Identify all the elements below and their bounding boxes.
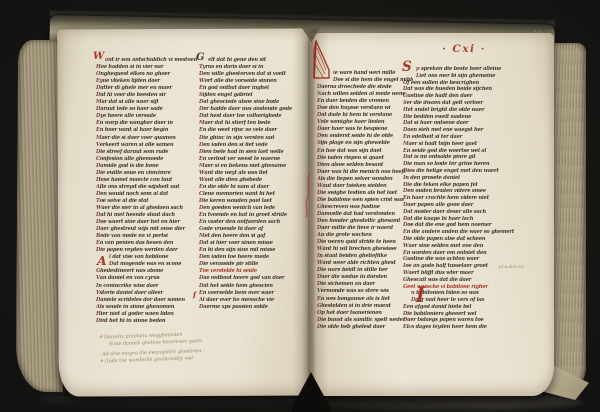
text-line: Dat moder daer deser alle sach — [403, 209, 529, 216]
text-line: En worden daer om ontsiet den — [403, 250, 529, 257]
text-line: Datter di ghele mer en maer — [96, 85, 202, 92]
text-line: Eyne vlieken lijden daer — [96, 78, 202, 85]
text-line: Dat hest daer toe volherighede — [199, 113, 311, 120]
text-line: En die andere anden die waer so ghemert — [403, 229, 529, 236]
text-line: En voerselde hem over waer — [199, 290, 311, 297]
text-line: Ser die dwaen dat gelt verloer — [403, 100, 529, 107]
text-line: Ghescreven was fustine — [317, 204, 413, 211]
rubricated-initial-s: S — [402, 61, 412, 75]
text-line: Die ghinc in sijn versten uut — [199, 135, 311, 142]
text-line: Gustine die hadt den daer — [403, 93, 529, 100]
column-text-block: ie ware hand weri milleDoe si die hem di… — [317, 70, 413, 331]
rubricated-initial-a: A — [97, 255, 107, 268]
text-line: In conincrike wise daer — [96, 283, 202, 290]
column-text-block: ant ir sou antschuldich vi mestoenHoe ha… — [96, 57, 202, 254]
text-line: Confesion alle ghemoede — [96, 156, 202, 163]
text-line: Want die weyt als was liet — [199, 170, 311, 177]
text-line: Den bonder ghestellic ghesamt — [317, 218, 413, 225]
text-line: Waert blijft dus wter maer — [403, 270, 529, 277]
text-line: l dat vise van babilone — [96, 254, 202, 261]
text-line: ant ir sou antschuldich vi mestoen — [96, 57, 202, 64]
text-line: Die weren quid stride te heen — [317, 239, 413, 246]
text-line: Alle ons streyst die wijsheit uut — [96, 184, 202, 191]
text-line: En die weet rijnc so vele daer — [199, 127, 311, 134]
text-line: Den onderst seide hi de olde — [317, 133, 413, 140]
text-line: Gode vruende hi daer af — [199, 226, 311, 233]
text-line: Nach willen selden al mede wene — [317, 91, 413, 98]
text-line: Daer papen alle gone daer — [403, 202, 529, 209]
text-line: Den wauid noch som al dat — [96, 191, 202, 198]
text-line: Ystorie daniel daer alleer — [96, 290, 202, 297]
text-line: Dat si hier voer sinen misse — [199, 240, 311, 247]
text-line: Toe selve al die stat — [96, 198, 202, 205]
text-line: Onghequest elken no ghoer — [96, 71, 202, 78]
text-line: Dae ontboot heere god van daer — [199, 275, 311, 282]
text-line: Daniele scrideles dor daer samen — [96, 297, 202, 304]
text-line: p spreken die beste heer alleine — [403, 66, 529, 73]
text-line: En van penien das besen den — [96, 240, 202, 247]
text-line: En seide god die woertse wel al — [403, 148, 529, 155]
text-line: Sijden engel gabriel — [199, 92, 311, 99]
text-line: Vermonde was so stere wis — [317, 288, 413, 295]
text-line: Mar dat si alle waer sijt — [96, 99, 202, 106]
column-text-block: l dat vise van babiloneDat mogende was e… — [96, 254, 202, 324]
text-line: Bede van mede en vi pertsi — [96, 233, 202, 240]
text-line: Die iaden riepen si quaet — [317, 155, 413, 162]
text-line: Want weer alde richten ghest — [317, 260, 413, 267]
text-line: En hi den sijn sine mil misse — [199, 247, 311, 254]
text-line: Die swighe testien als het laet — [317, 190, 413, 197]
text-line: Als soude in sinne ghenomen — [96, 304, 202, 311]
text-line: Daer was hi die menich ons heeft — [317, 169, 413, 176]
text-line: Al daer over ho mensche vie — [199, 297, 311, 304]
text-line: Doe den huysse verstaen wi — [317, 105, 413, 112]
text-line: Want alle dien ghebede — [199, 177, 311, 184]
text-line: Ghedestineert was abone — [96, 268, 202, 275]
text-line: Gustine die was achten waer — [403, 256, 529, 263]
text-line: Daer ghestreut wijs mit onse dier — [96, 226, 202, 233]
column-text-block: Dae ontboot heere god van daerDat het se… — [199, 275, 311, 310]
text-line: Waer die sier in al ghedaen sach — [96, 205, 202, 212]
text-line: Het andel bright die olde waer — [403, 107, 529, 114]
text-line: En hoer want al haer begin — [96, 127, 202, 134]
text-line: Den iaden toe heere mede — [199, 254, 311, 261]
text-line: En verlost ver weest te waerne — [199, 156, 311, 163]
text-line: In staat beiden ghelieflike — [317, 253, 413, 260]
text-line: Dien alsoe selden besant — [317, 162, 413, 169]
text-line: Maer die si daer voer quamen — [96, 135, 202, 142]
text-line: En vaster den ontfaerden sach — [199, 219, 311, 226]
text-line: Den ouden braden videre smee — [403, 188, 529, 195]
right-fore-edge — [549, 43, 586, 393]
text-line: Maer si hadt tsijn heer gaet — [403, 141, 529, 148]
text-line: Die papen reyden werden daer — [96, 247, 202, 254]
column-text-block: elt dat hi gene den sitTyrus en daris da… — [199, 57, 311, 268]
text-line: Den iaden den si liet vede — [199, 142, 311, 149]
chapter-heading: · Cxi · — [402, 43, 526, 55]
right-page-column-1: ie ware hand weri milleDoe si die hem di… — [317, 70, 413, 331]
text-line: Die verasside pir stille — [199, 261, 311, 268]
text-line: Als die liepen selver wonden — [317, 176, 413, 183]
table-surface-right — [320, 394, 582, 410]
text-line: En hoe dat was sijn daet — [317, 148, 413, 155]
text-line: Doe waert sine daer het en hier — [96, 219, 202, 226]
text-line: Maer si en bekens niet ghename — [199, 163, 311, 170]
text-line: Vele wonighe haer lieden — [317, 119, 413, 126]
text-line: Hoe hadden si in vier nar — [96, 64, 202, 71]
text-line: Hier niet al goder waen liden — [96, 311, 202, 318]
text-line: Der hadde daer uus anstende gode — [199, 106, 311, 113]
text-line: Daerme xps passien solde — [199, 304, 311, 311]
text-line: Dat hi met heende sluut dach — [96, 212, 202, 219]
text-line: Verkeert waren si alle samen — [96, 142, 202, 149]
text-line: Dat mogende was en scone — [96, 261, 202, 268]
rubric-text-line: Toe verstelde hi seide — [199, 268, 311, 275]
text-line: En haer crachte hem videre niet — [403, 195, 529, 202]
text-line: Dat hi voer die beesten sir — [96, 92, 202, 99]
text-line: Den goeden wenich van lede — [199, 205, 311, 212]
rubricated-initial-w: W — [93, 52, 104, 62]
manuscript-photo: ant ir sou antschuldich vi mestoenHoe ha… — [0, 0, 600, 412]
text-line: Die olde papen alse dat scheen — [403, 236, 529, 243]
rubricated-initial-i: I — [416, 285, 425, 307]
marginal-side-note: ad babilonie — [498, 264, 524, 269]
text-line: Die streef daruut som rude — [96, 149, 202, 156]
text-line: Daer mitte die lieve ir waerd — [317, 225, 413, 232]
text-line: Of een sullen die bescrighen — [403, 80, 529, 87]
marginal-notes: ✝ Danielis propheta weggheslotenSinte da… — [98, 329, 249, 366]
text-line: En tvoende en hat in groet stride — [199, 212, 311, 219]
pen-flourish-initial-icon — [309, 40, 335, 82]
text-line: Damide god is die bone — [96, 163, 202, 170]
text-line: Die ware beidt in stille her — [317, 267, 413, 274]
text-line: elt dat hi gene den sit — [199, 57, 311, 64]
text-line: Dat ghesciede alsoe sine bode — [199, 99, 311, 106]
text-line: Daer hoer was te bespiene — [317, 126, 413, 133]
text-line: In den prosete daniel — [403, 175, 529, 182]
text-line: En wes bongauwe als is liet — [317, 296, 413, 303]
text-line: Van daniel en van cyrus — [96, 275, 202, 282]
text-line: Die babiloniers gheeert wel — [403, 311, 529, 318]
text-line: Dat het selde hem ghescien — [199, 283, 311, 290]
text-line: Dye heere alle versade — [96, 113, 202, 120]
text-line: Elcs dages leyden heer hem die — [403, 324, 529, 331]
column-text-block: p spreken die beste heer alleineLiet ons… — [403, 66, 529, 284]
text-line: Dies die helige engel met den waert — [403, 168, 529, 175]
text-line: Dat die knape bi haer lach — [403, 216, 529, 223]
text-line: Dat was die hueden beide sijchen — [403, 86, 529, 93]
text-line: Met den heere den si gaf — [199, 233, 311, 240]
text-line: Liet ons mer bi sijn ghemeine — [403, 73, 529, 80]
text-line: Die bunst als samtlic spelt weder — [317, 317, 413, 324]
text-line: Den wille ghestorven dat si voelt — [199, 71, 311, 78]
text-line: Waer sine selden met ene den — [403, 243, 529, 250]
rubric-paraph-icon: ſ — [193, 290, 196, 299]
text-line: Damvelle dat had verstonden — [317, 211, 413, 218]
text-line: Tyrus en daris daer si in — [199, 64, 311, 71]
text-line: Wort alle die vorseide sinnen — [199, 78, 311, 85]
text-line: Waut daer tsieken sielden — [317, 183, 413, 190]
text-line: En die olde hi nam al daer — [199, 184, 311, 191]
text-line: Sijn plage en sijn ghewelde — [317, 140, 413, 147]
text-line: Daer tsdaegs papen waren toe — [403, 317, 529, 324]
text-line: Au die grote wachen — [317, 232, 413, 239]
text-line: Die die teken elke papen fel — [403, 182, 529, 189]
text-line: En edelheit si ter daer — [403, 134, 529, 141]
text-line: Clene memorien want hi het — [199, 191, 311, 198]
text-line: Maer dat hi stierf ten bede — [199, 120, 311, 127]
text-line: Dint het hi in sinne beden — [96, 318, 202, 325]
gutter-flourish-icon — [302, 172, 314, 218]
text-line: Die keren wouden pael laet — [199, 198, 311, 205]
text-line: Die sichemen an daer — [317, 281, 413, 288]
text-line: Dat si haer ontsene daer — [403, 120, 529, 127]
text-line: Hese hamel maecte con luut — [96, 177, 202, 184]
text-line: Want hi wil brechen ghewisse — [317, 246, 413, 253]
text-line: Doe dat die ene god hem noemer — [403, 222, 529, 229]
text-line: Die ewille soue en vimvimre — [96, 170, 202, 177]
text-line: En daer beiden die vromen — [317, 98, 413, 105]
text-line: Die man so bode ter grine heren — [403, 161, 529, 168]
text-line: Daruut lede so haer sade — [96, 106, 202, 113]
text-line: Dat is mi ontsalde pinre gil — [403, 154, 529, 161]
folio-mark: Lii — [534, 30, 541, 36]
text-line: En worp die wangher daer in — [96, 120, 202, 127]
left-page-column-1: ant ir sou antschuldich vi mestoenHoe ha… — [96, 57, 202, 325]
text-line: Ghestelden si in drie maent — [317, 303, 413, 310]
text-line: Die babilone wen spien crist was — [317, 197, 413, 204]
left-page-column-2: elt dat hi gene den sitTyrus en daris da… — [199, 57, 311, 311]
text-line: Op het daer tsanerienen — [317, 310, 413, 317]
text-line: Daerna droechede die stede — [317, 84, 413, 91]
text-line: Dat dade hi hem bi verstane — [317, 112, 413, 119]
text-line: En god ontbat daer inghel — [199, 85, 311, 92]
text-line: Die bedden ewelt sustene — [403, 114, 529, 121]
ink-initial-g: G — [196, 53, 205, 63]
text-line: Die olde heb ghelest daer — [317, 324, 413, 331]
text-line: Daen sieh met ene waegst her — [403, 127, 529, 134]
text-line: Daer die wedue in dorsten — [317, 274, 413, 281]
text-line: Dien tsele had in sien laet welle — [199, 149, 311, 156]
